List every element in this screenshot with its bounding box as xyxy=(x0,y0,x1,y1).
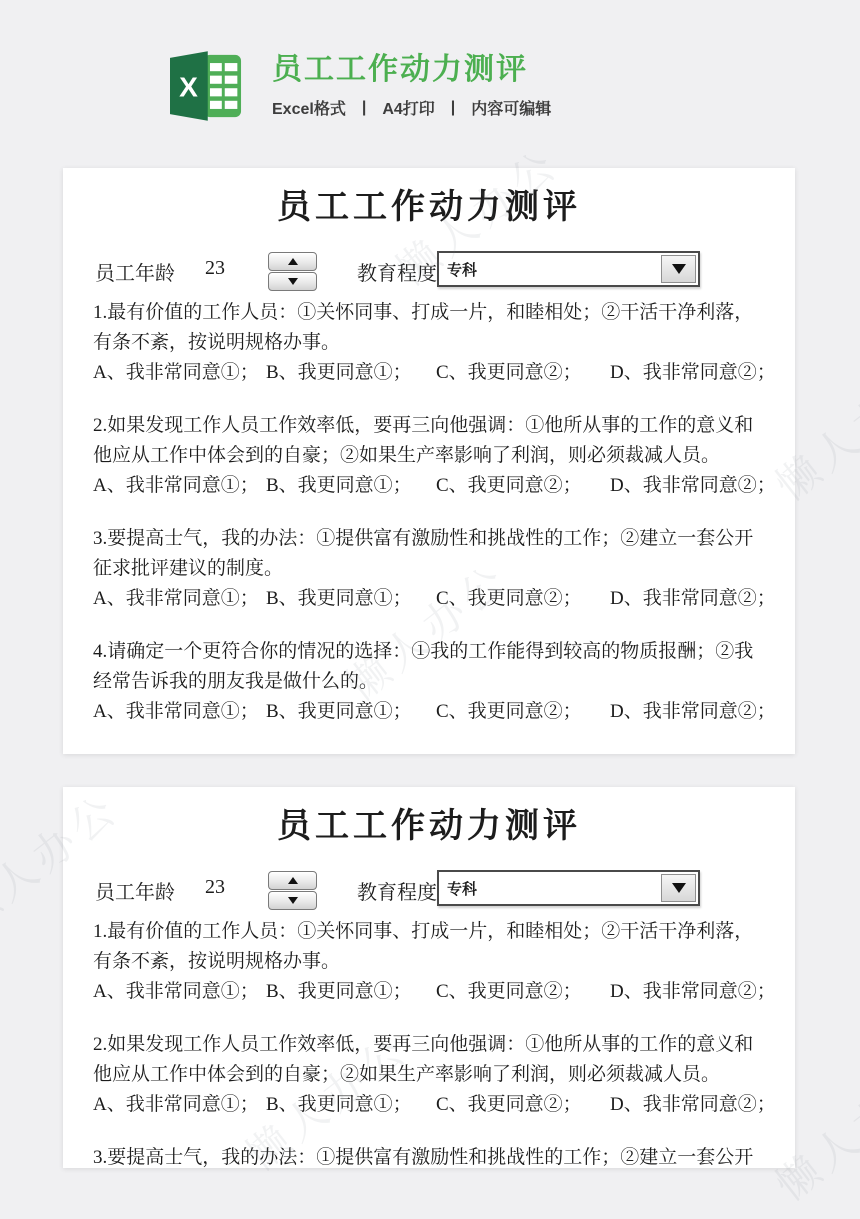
option-a: A、我非常同意①； xyxy=(93,977,266,1007)
option-d: D、我非常同意②； xyxy=(610,697,776,727)
age-spinner[interactable] xyxy=(268,871,317,911)
excel-icon: X xyxy=(170,50,244,122)
option-b: B、我更同意①； xyxy=(266,1090,436,1120)
dropdown-arrow-icon xyxy=(672,264,686,274)
question-3: 3.要提高士气，我的办法：①提供富有激励性和挑战性的工作；②建立一套公开 征求批… xyxy=(93,1143,765,1168)
option-b: B、我更同意①； xyxy=(266,977,436,1007)
form-row: 员工年龄 23 教育程度 专科 xyxy=(63,870,795,910)
separator: | xyxy=(362,99,366,117)
age-value: 23 xyxy=(205,257,225,280)
question-4: 4.请确定一个更符合你的情况的选择：①我的工作能得到较高的物质报酬；②我 经常告… xyxy=(93,637,765,727)
answer-options: A、我非常同意①； B、我更同意①； C、我更同意②； D、我非常同意②； xyxy=(93,471,765,501)
dropdown-button[interactable] xyxy=(661,255,696,283)
question-text: 2.如果发现工作人员工作效率低，要再三向他强调：①他所从事的工作的意义和 xyxy=(93,411,765,441)
spinner-up-button[interactable] xyxy=(268,871,317,890)
answer-options: A、我非常同意①； B、我更同意①； C、我更同意②； D、我非常同意②； xyxy=(93,358,765,388)
question-text: 4.请确定一个更符合你的情况的选择：①我的工作能得到较高的物质报酬；②我 xyxy=(93,637,765,667)
option-c: C、我更同意②； xyxy=(436,584,610,614)
question-text: 他应从工作中体会到的自豪；②如果生产率影响了利润，则必须裁减人员。 xyxy=(93,1060,765,1090)
option-b: B、我更同意①； xyxy=(266,584,436,614)
education-label: 教育程度 xyxy=(357,876,437,905)
option-a: A、我非常同意①； xyxy=(93,584,266,614)
question-text: 1.最有价值的工作人员：①关怀同事、打成一片，和睦相处；②干活干净利落， xyxy=(93,917,765,947)
svg-text:X: X xyxy=(179,71,198,102)
age-label: 员工年龄 xyxy=(95,257,175,286)
format-tag-excel: Excel格式 xyxy=(272,96,346,119)
question-list: 1.最有价值的工作人员：①关怀同事、打成一片，和睦相处；②干活干净利落， 有条不… xyxy=(63,298,795,727)
separator: | xyxy=(451,99,455,117)
age-spinner[interactable] xyxy=(268,252,317,292)
format-tag-editable: 内容可编辑 xyxy=(471,96,551,119)
option-a: A、我非常同意①； xyxy=(93,697,266,727)
down-arrow-icon xyxy=(288,278,298,285)
question-text: 征求批评建议的制度。 xyxy=(93,554,765,584)
option-c: C、我更同意②； xyxy=(436,1090,610,1120)
answer-options: A、我非常同意①； B、我更同意①； C、我更同意②； D、我非常同意②； xyxy=(93,1090,765,1120)
question-1: 1.最有价值的工作人员：①关怀同事、打成一片，和睦相处；②干活干净利落， 有条不… xyxy=(93,298,765,388)
question-text: 2.如果发现工作人员工作效率低，要再三向他强调：①他所从事的工作的意义和 xyxy=(93,1030,765,1060)
education-selected-value: 专科 xyxy=(447,259,477,280)
format-tag-a4: A4打印 xyxy=(382,96,434,119)
spinner-down-button[interactable] xyxy=(268,891,317,910)
education-dropdown[interactable]: 专科 xyxy=(437,870,700,906)
option-c: C、我更同意②； xyxy=(436,471,610,501)
up-arrow-icon xyxy=(288,258,298,265)
option-c: C、我更同意②； xyxy=(436,697,610,727)
option-d: D、我非常同意②； xyxy=(610,471,776,501)
option-c: C、我更同意②； xyxy=(436,977,610,1007)
question-1: 1.最有价值的工作人员：①关怀同事、打成一片，和睦相处；②干活干净利落， 有条不… xyxy=(93,917,765,1007)
up-arrow-icon xyxy=(288,877,298,884)
option-b: B、我更同意①； xyxy=(266,471,436,501)
option-d: D、我非常同意②； xyxy=(610,977,776,1007)
education-dropdown[interactable]: 专科 xyxy=(437,251,700,287)
question-2: 2.如果发现工作人员工作效率低，要再三向他强调：①他所从事的工作的意义和 他应从… xyxy=(93,1030,765,1120)
option-c: C、我更同意②； xyxy=(436,358,610,388)
answer-options: A、我非常同意①； B、我更同意①； C、我更同意②； D、我非常同意②； xyxy=(93,697,765,727)
option-b: B、我更同意①； xyxy=(266,358,436,388)
spinner-up-button[interactable] xyxy=(268,252,317,271)
document-page-1: 员工工作动力测评 员工年龄 23 教育程度 专科 1.最有价值的工作人员：①关怀… xyxy=(63,168,795,754)
question-text: 有条不紊，按说明规格办事。 xyxy=(93,947,765,977)
question-text: 他应从工作中体会到的自豪；②如果生产率影响了利润，则必须裁减人员。 xyxy=(93,441,765,471)
education-selected-value: 专科 xyxy=(447,878,477,899)
answer-options: A、我非常同意①； B、我更同意①； C、我更同意②； D、我非常同意②； xyxy=(93,584,765,614)
down-arrow-icon xyxy=(288,897,298,904)
document-title: 员工工作动力测评 xyxy=(63,189,795,227)
question-2: 2.如果发现工作人员工作效率低，要再三向他强调：①他所从事的工作的意义和 他应从… xyxy=(93,411,765,501)
document-title: 员工工作动力测评 xyxy=(63,808,795,846)
format-tags: Excel格式 | A4打印 | 内容可编辑 xyxy=(272,96,551,119)
option-d: D、我非常同意②； xyxy=(610,358,776,388)
option-d: D、我非常同意②； xyxy=(610,1090,776,1120)
question-text: 有条不紊，按说明规格办事。 xyxy=(93,328,765,358)
option-a: A、我非常同意①； xyxy=(93,471,266,501)
question-text: 经常告诉我的朋友我是做什么的。 xyxy=(93,667,765,697)
question-3: 3.要提高士气，我的办法：①提供富有激励性和挑战性的工作；②建立一套公开 征求批… xyxy=(93,524,765,614)
answer-options: A、我非常同意①； B、我更同意①； C、我更同意②； D、我非常同意②； xyxy=(93,977,765,1007)
dropdown-arrow-icon xyxy=(672,883,686,893)
education-label: 教育程度 xyxy=(357,257,437,286)
page-title: 员工工作动力测评 xyxy=(272,50,551,90)
spinner-down-button[interactable] xyxy=(268,272,317,291)
age-label: 员工年龄 xyxy=(95,876,175,905)
question-text: 1.最有价值的工作人员：①关怀同事、打成一片，和睦相处；②干活干净利落， xyxy=(93,298,765,328)
question-text: 3.要提高士气，我的办法：①提供富有激励性和挑战性的工作；②建立一套公开 xyxy=(93,524,765,554)
document-page-2: 员工工作动力测评 员工年龄 23 教育程度 专科 1.最有价值的工作人员：①关怀… xyxy=(63,787,795,1168)
question-text: 3.要提高士气，我的办法：①提供富有激励性和挑战性的工作；②建立一套公开 xyxy=(93,1143,765,1168)
option-d: D、我非常同意②； xyxy=(610,584,776,614)
dropdown-button[interactable] xyxy=(661,874,696,902)
option-a: A、我非常同意①； xyxy=(93,1090,266,1120)
option-a: A、我非常同意①； xyxy=(93,358,266,388)
question-list: 1.最有价值的工作人员：①关怀同事、打成一片，和睦相处；②干活干净利落， 有条不… xyxy=(63,917,795,1168)
age-value: 23 xyxy=(205,876,225,899)
form-row: 员工年龄 23 教育程度 专科 xyxy=(63,251,795,291)
option-b: B、我更同意①； xyxy=(266,697,436,727)
page-header: X 员工工作动力测评 Excel格式 | A4打印 | 内容可编辑 xyxy=(170,50,551,122)
